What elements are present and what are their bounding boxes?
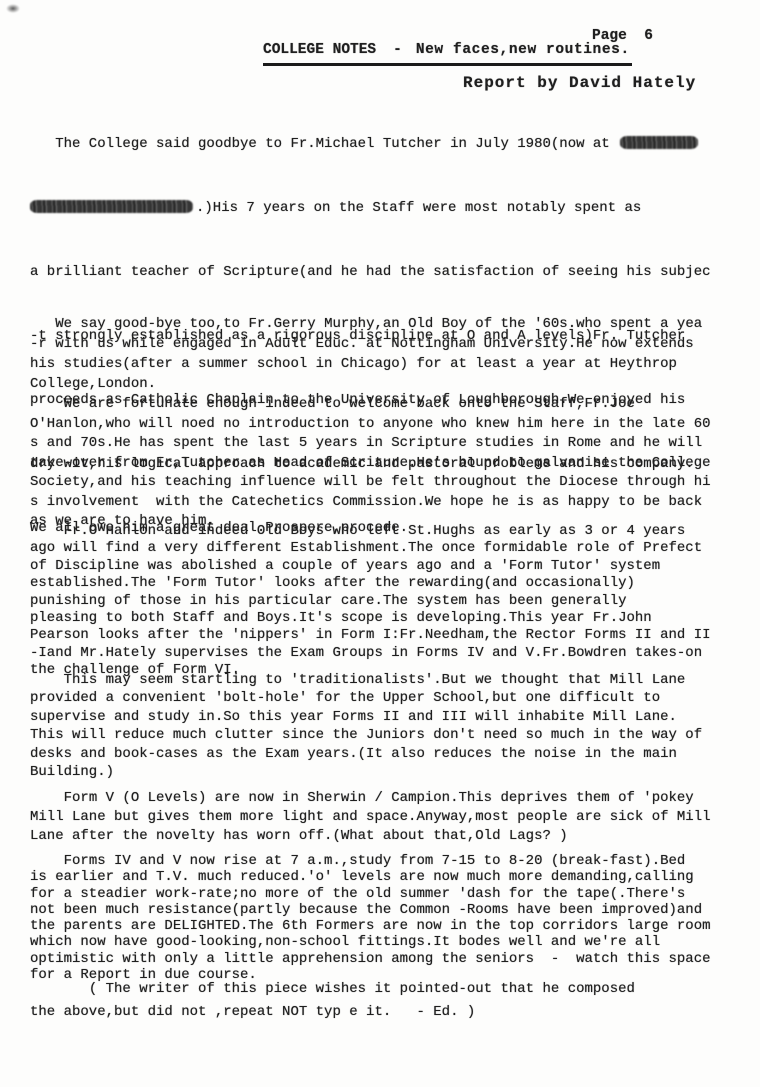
paragraph-1-line-2-text: .)His 7 years on the Staff were most not… bbox=[196, 200, 641, 216]
paragraph-7: Forms IV and V now rise at 7 a.m.,study … bbox=[30, 853, 746, 983]
paragraph-1-line-1-text: The College said goodbye to Fr.Michael T… bbox=[30, 136, 618, 152]
ink-speck bbox=[6, 4, 20, 13]
editor-note: ( The writer of this piece wishes it poi… bbox=[30, 978, 746, 1024]
scanned-document-page: Page 6 COLLEGE NOTES-New faces,new routi… bbox=[0, 0, 760, 1087]
paragraph-1-line-3: a brilliant teacher of Scripture(and he … bbox=[30, 256, 746, 288]
paragraph-6: Form V (O Levels) are now in Sherwin / C… bbox=[30, 789, 746, 846]
paragraph-5: This may seem startling to 'traditionali… bbox=[30, 671, 746, 781]
subtitle-text: New faces,new routines. bbox=[416, 42, 630, 58]
paragraph-3: We are fortunate enough indeed to welcom… bbox=[30, 395, 746, 532]
title-text: COLLEGE NOTES bbox=[263, 42, 376, 58]
paragraph-4: Fr.O'Hanlon and indeed Old Boys who left… bbox=[30, 523, 746, 680]
title-dash: - bbox=[393, 42, 402, 58]
paragraph-1-line-1: The College said goodbye to Fr.Michael T… bbox=[30, 128, 746, 160]
page-title: COLLEGE NOTES-New faces,new routines. bbox=[263, 42, 632, 66]
illegible-scribble bbox=[30, 200, 193, 213]
illegible-scribble bbox=[620, 136, 698, 149]
paragraph-2: We say good-bye too,to Fr.Gerry Murphy,a… bbox=[30, 314, 746, 394]
byline: Report by David Hately bbox=[463, 74, 696, 92]
paragraph-1-line-2: .)His 7 years on the Staff were most not… bbox=[30, 192, 746, 224]
